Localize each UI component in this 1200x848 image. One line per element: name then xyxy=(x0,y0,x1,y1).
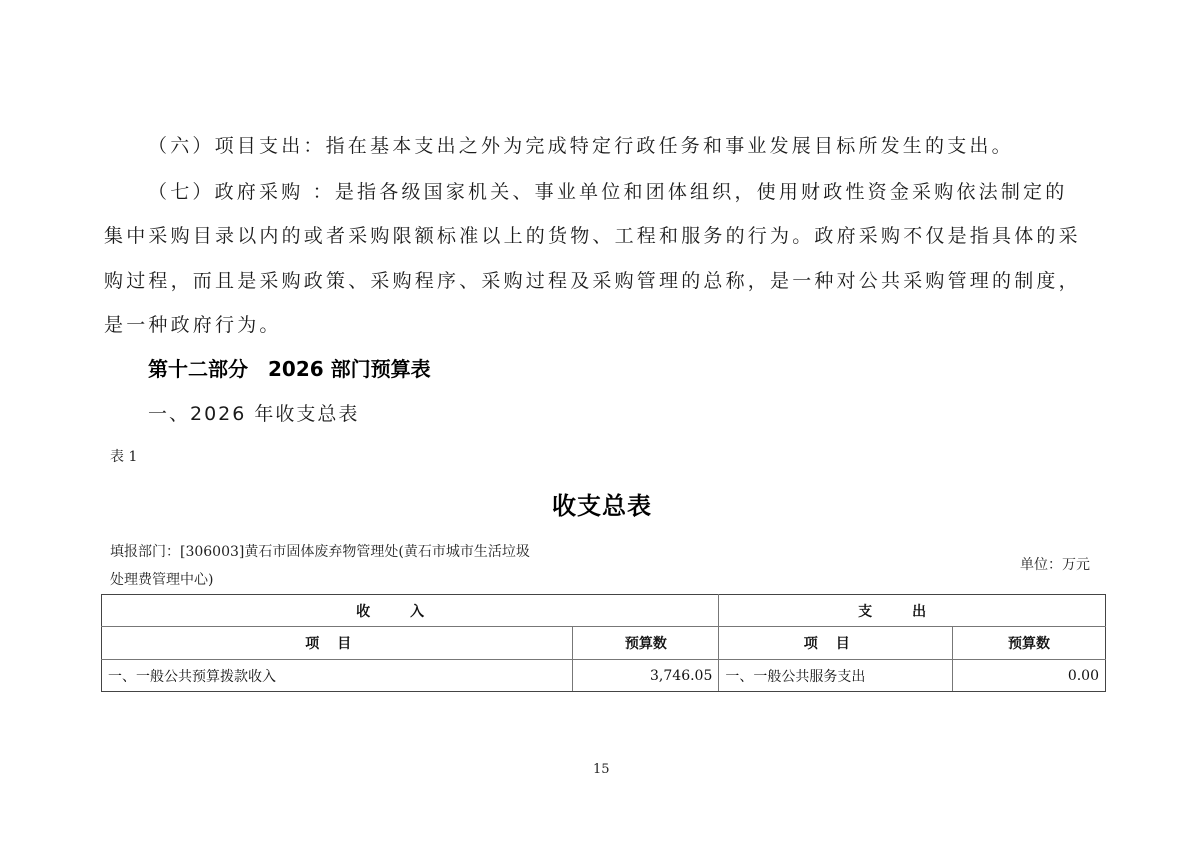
paragraph-gov-procurement-line4: 是一种政府行为。 xyxy=(104,310,282,337)
paragraph-gov-procurement-line1: （七）政府采购 ：是指各级国家机关、事业单位和团体组织，使用财政性资金采购依法制… xyxy=(148,177,1067,204)
paragraph-gov-procurement-line2: 集中采购目录以内的或者采购限额标准以上的货物、工程和服务的行为。政府采购不仅是指… xyxy=(104,221,1081,248)
income-item-cell: 一、一般公共预算拨款收入 xyxy=(102,660,573,692)
table-title: 收支总表 xyxy=(552,486,652,521)
paragraph-gov-procurement-line3: 购过程，而且是采购政策、采购程序、采购过程及采购管理的总称，是一种对公共采购管理… xyxy=(104,266,1081,293)
budget-summary-table: 收入 支出 项目 预算数 项目 预算数 一、一般公共预算拨款收入 3,746.0… xyxy=(101,594,1106,692)
table-label: 表 1 xyxy=(110,446,137,466)
expense-header: 支出 xyxy=(719,595,1106,627)
expense-amount-cell: 0.00 xyxy=(953,660,1106,692)
income-header: 收入 xyxy=(102,595,719,627)
reporting-dept-line1: 填报部门：[306003]黄石市固体废弃物管理处(黄石市城市生活垃圾 xyxy=(110,541,530,561)
expense-budget-col-header: 预算数 xyxy=(953,627,1106,660)
income-amount-cell: 3,746.05 xyxy=(573,660,719,692)
table-row: 一、一般公共预算拨款收入 3,746.05 一、一般公共服务支出 0.00 xyxy=(102,660,1106,692)
expense-item-cell: 一、一般公共服务支出 xyxy=(719,660,953,692)
income-item-col-header: 项目 xyxy=(102,627,573,660)
expense-item-col-header: 项目 xyxy=(719,627,953,660)
unit-label: 单位：万元 xyxy=(1020,554,1090,574)
section-subheading: 一、2026 年收支总表 xyxy=(148,399,359,426)
reporting-dept-line2: 处理费管理中心) xyxy=(110,569,213,589)
income-budget-col-header: 预算数 xyxy=(573,627,719,660)
section-heading: 第十二部分 2026 部门预算表 xyxy=(148,353,431,382)
page-number: 15 xyxy=(593,762,610,777)
paragraph-project-expenditure: （六）项目支出：指在基本支出之外为完成特定行政任务和事业发展目标所发生的支出。 xyxy=(148,131,1014,158)
